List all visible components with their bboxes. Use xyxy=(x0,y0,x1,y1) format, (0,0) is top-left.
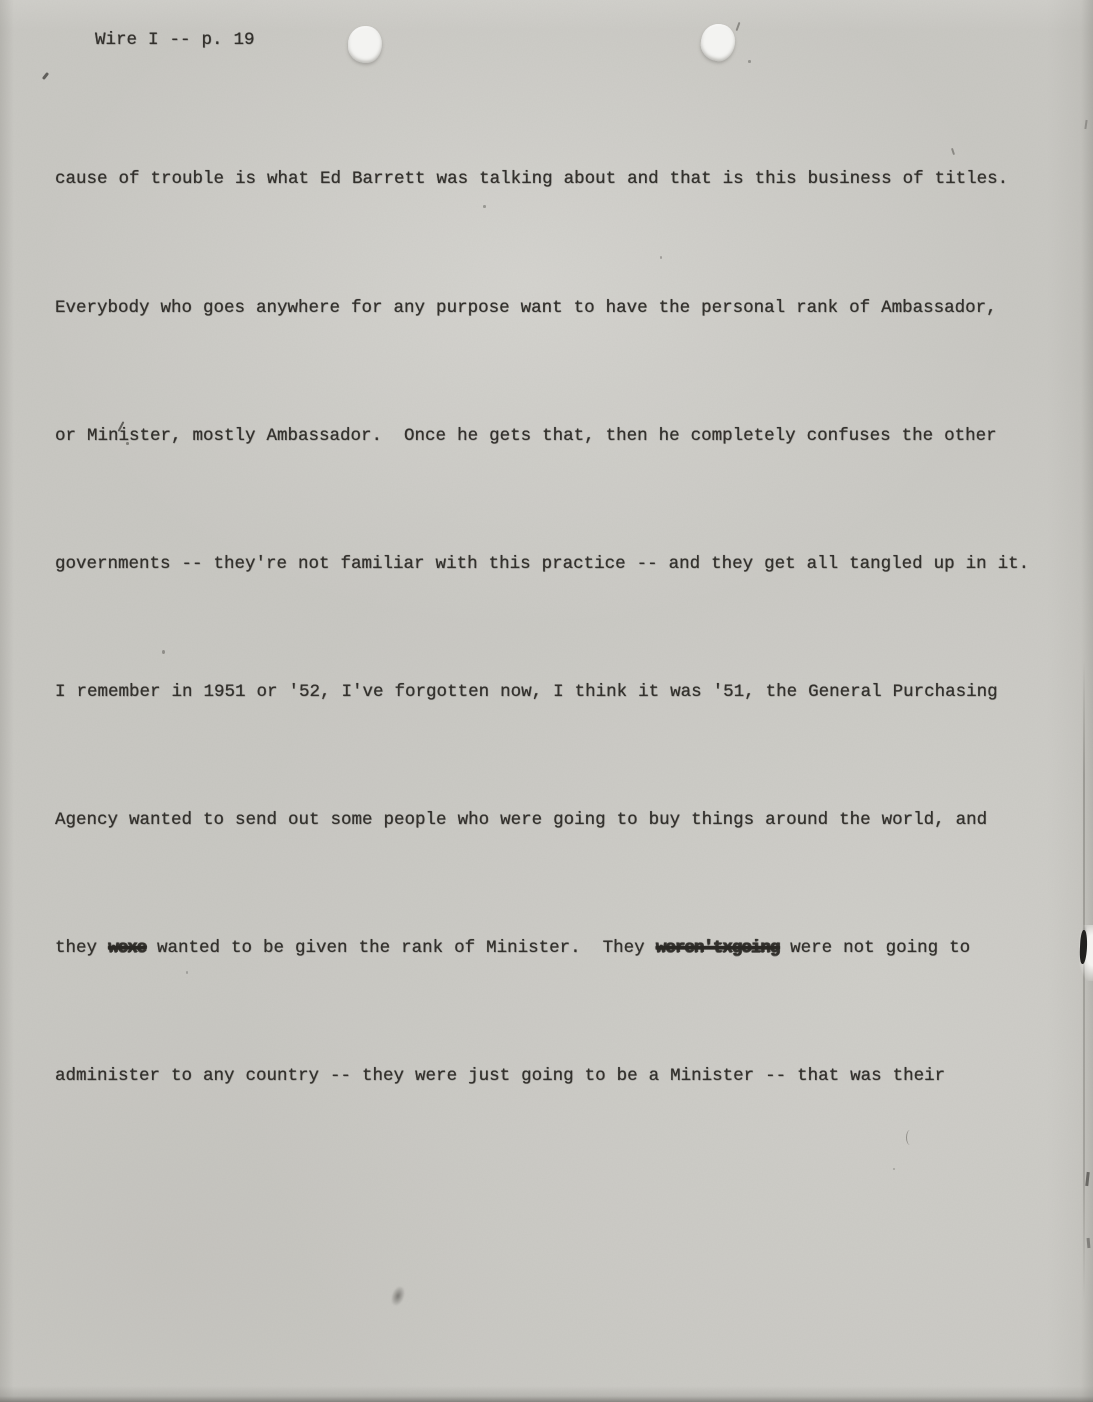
text-line: or Minister, mostly Ambassador. Once he … xyxy=(55,415,1029,458)
text-segment: they xyxy=(55,938,108,958)
stray-mark xyxy=(42,72,49,80)
text-segment: were not going to xyxy=(779,938,970,958)
stray-mark xyxy=(748,60,751,63)
text-line: Agency wanted to send out some people wh… xyxy=(55,799,1029,842)
edge-mark xyxy=(1085,1172,1089,1186)
text-line-with-strikeouts: they wexe wanted to be given the rank of… xyxy=(55,927,1029,970)
text-line: I remember in 1951 or '52, I've forgotte… xyxy=(55,671,1029,714)
stray-mark xyxy=(736,22,741,31)
stray-mark xyxy=(483,205,486,208)
stray-mark xyxy=(162,650,165,654)
text-segment: wanted to be given the rank of Minister.… xyxy=(146,938,656,958)
page-header: Wire I -- p. 19 xyxy=(95,29,255,51)
text-line: Everybody who goes anywhere for any purp… xyxy=(55,287,1029,330)
hole-punch-right xyxy=(699,22,738,63)
struck-out-text: weren'txgoing xyxy=(656,938,780,958)
edge-mark xyxy=(1087,1238,1091,1248)
hole-punch-left xyxy=(348,26,382,63)
stray-mark xyxy=(660,256,662,259)
scanned-document-page: Wire I -- p. 19 cause of trouble is what… xyxy=(0,0,1093,1402)
text-line: governments -- they're not familiar with… xyxy=(55,543,1029,586)
edge-mark xyxy=(1084,120,1087,129)
text-line: cause of trouble is what Ed Barrett was … xyxy=(55,158,1029,201)
stray-mark xyxy=(893,1168,895,1170)
smudge-mark xyxy=(389,1285,407,1308)
stray-mark xyxy=(126,442,129,445)
stray-mark xyxy=(186,971,188,974)
text-line: administer to any country -- they were j… xyxy=(55,1055,1029,1098)
struck-out-text: wexe xyxy=(108,938,146,958)
stray-mark xyxy=(906,1130,914,1145)
paragraph: cause of trouble is what Ed Barrett was … xyxy=(55,73,1029,1183)
